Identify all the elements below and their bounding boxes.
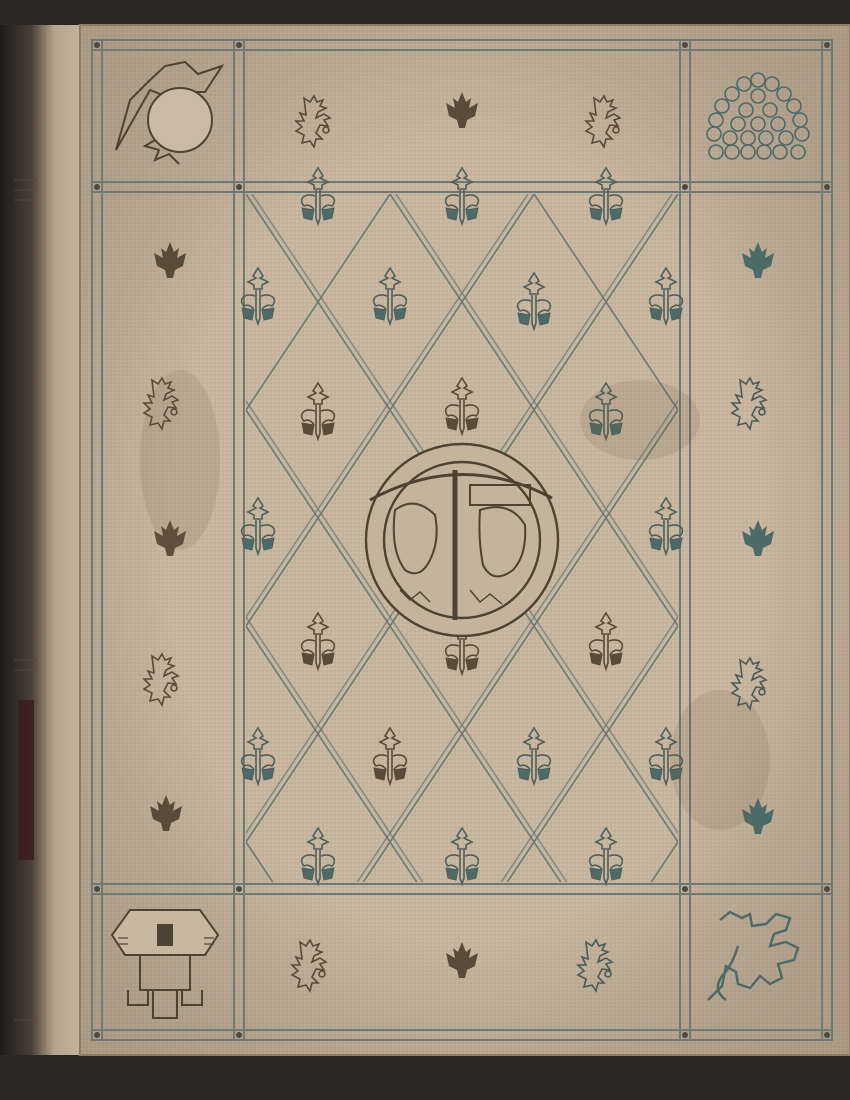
spine xyxy=(0,25,90,1055)
book-cover-scene xyxy=(0,0,850,1100)
center-seal xyxy=(366,444,558,636)
